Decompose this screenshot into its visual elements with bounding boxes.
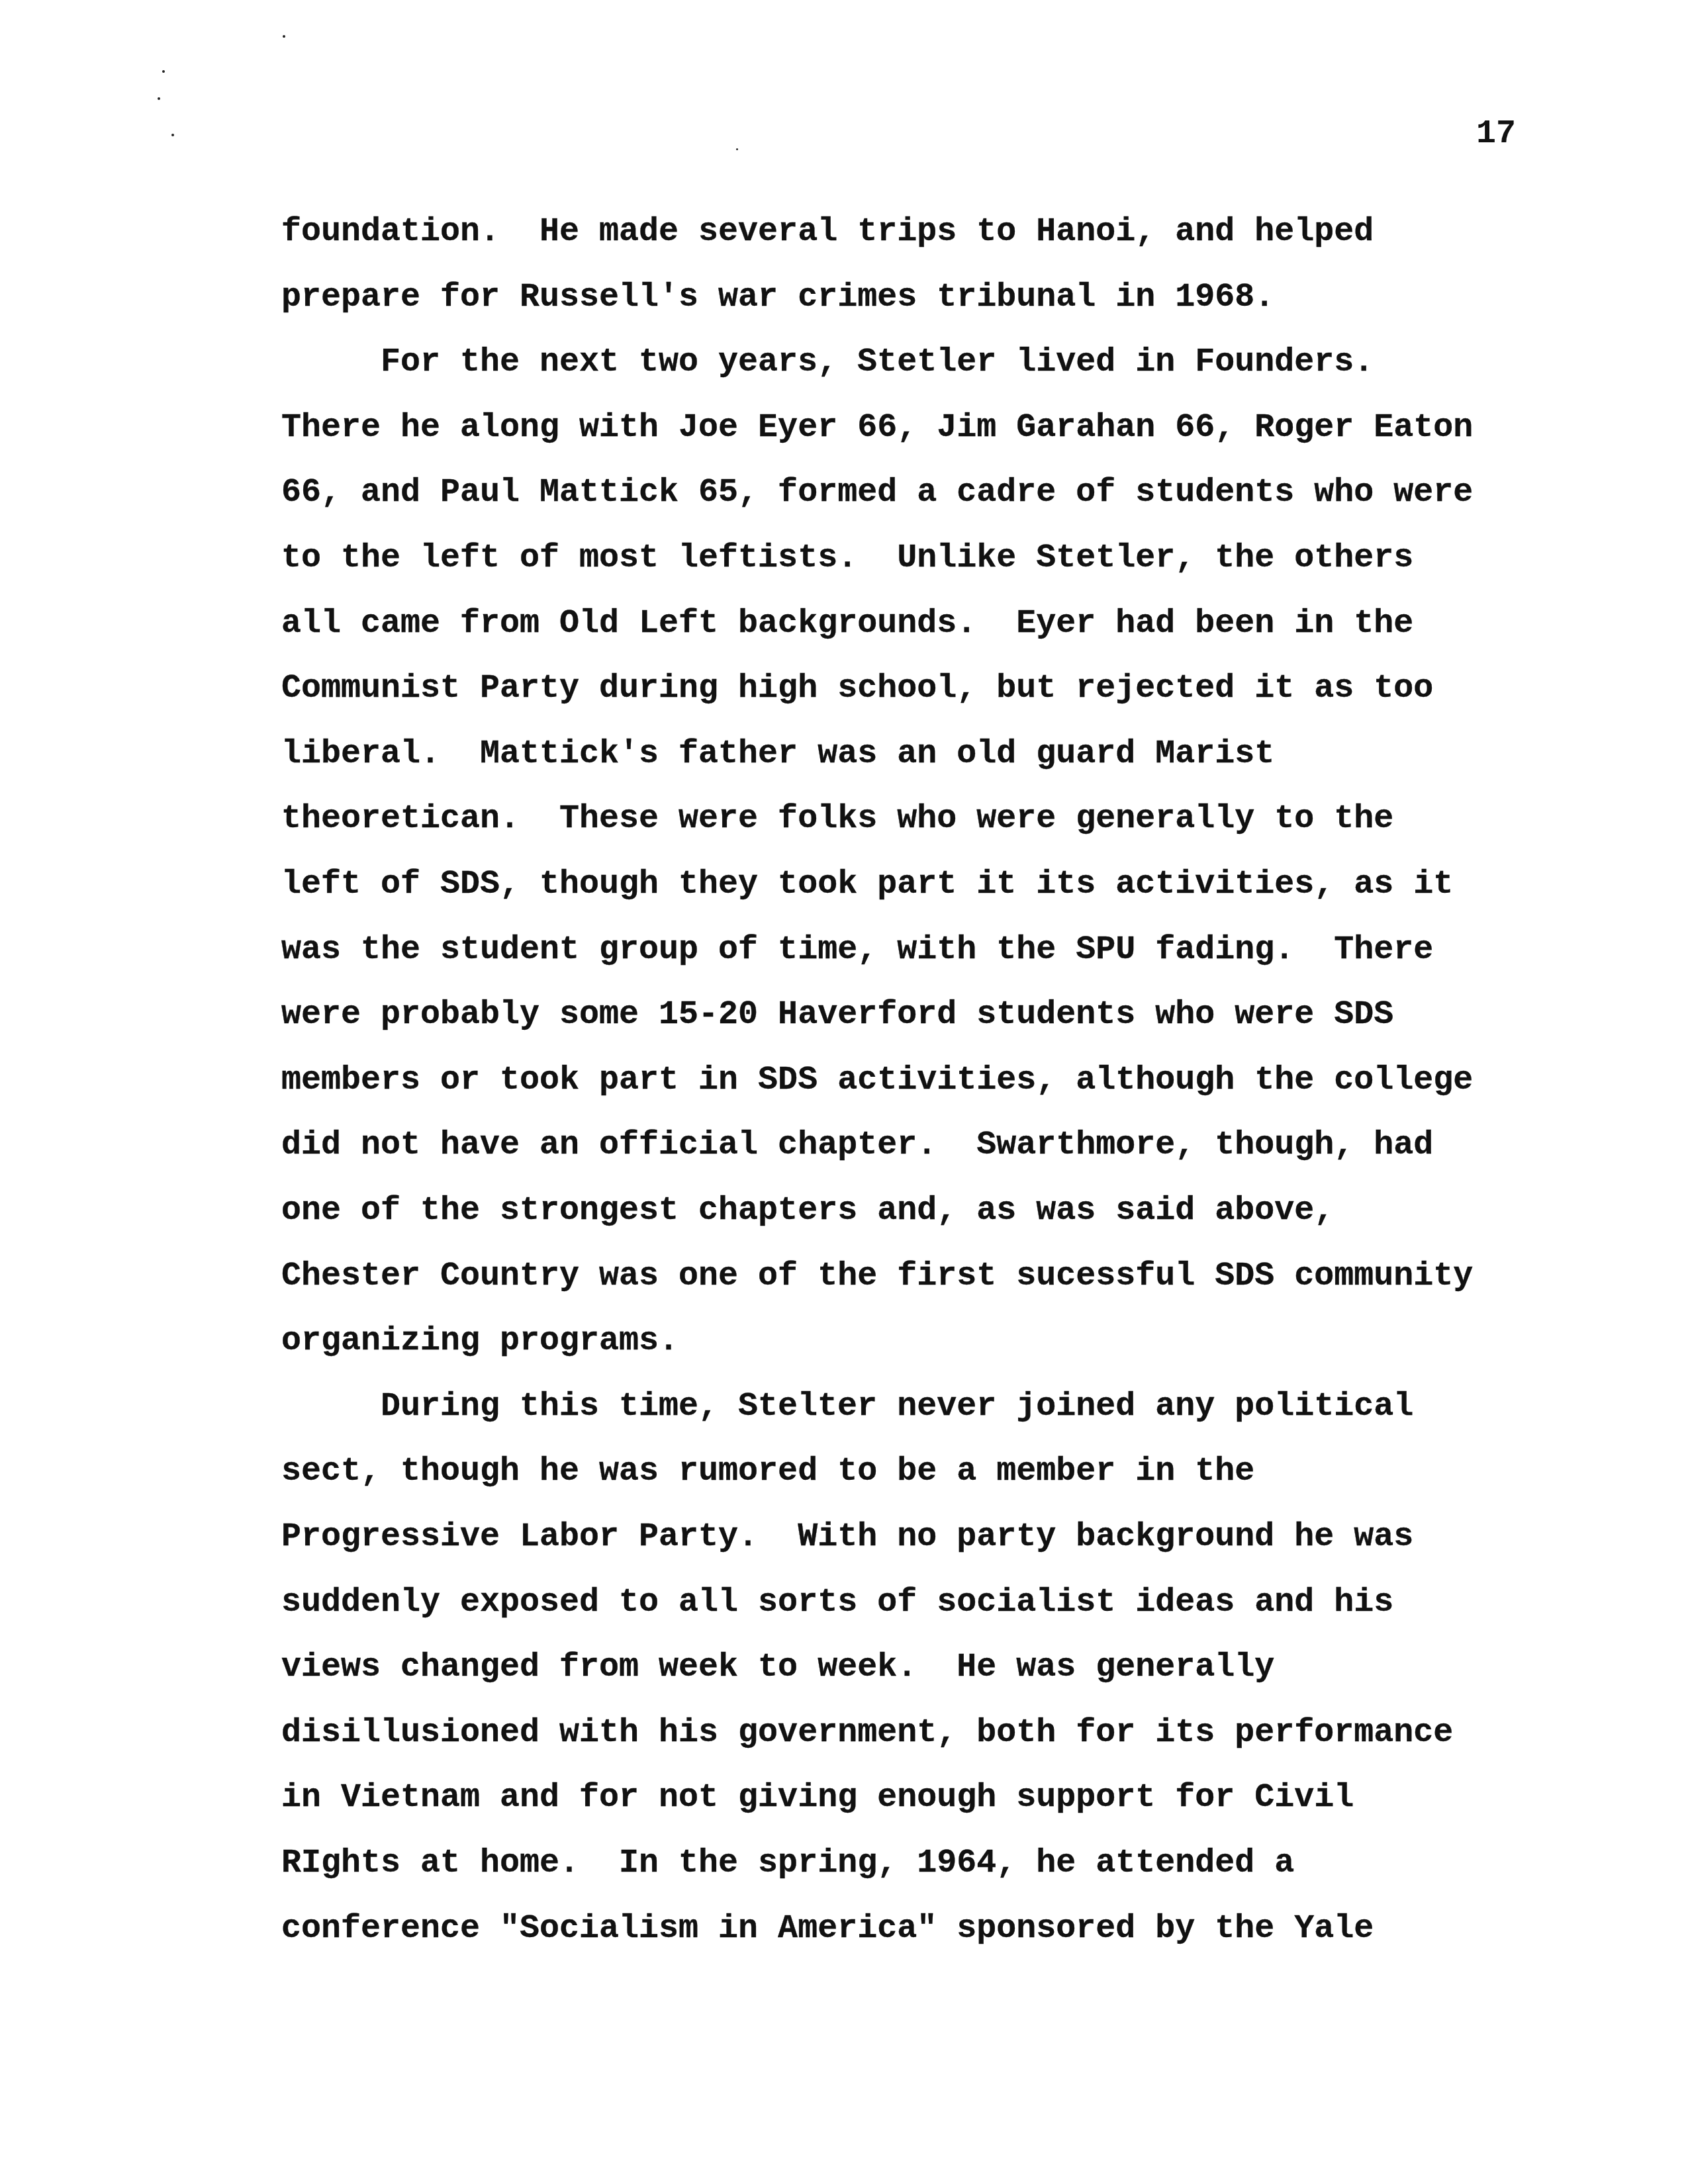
page-number: 17 [1476, 118, 1516, 151]
scan-speck [283, 35, 285, 38]
scan-speck [736, 148, 738, 150]
text-line: Communist Party during high school, but … [281, 672, 1433, 705]
document-page: 17 foundation. He made several trips to … [0, 0, 1688, 2184]
text-line: one of the strongest chapters and, as wa… [281, 1195, 1334, 1228]
text-line: members or took part in SDS activities, … [281, 1064, 1473, 1097]
text-line: suddenly exposed to all sorts of sociali… [281, 1586, 1393, 1619]
scan-speck [162, 70, 165, 73]
text-line: was the student group of time, with the … [281, 934, 1433, 967]
text-line: were probably some 15-20 Haverford stude… [281, 999, 1393, 1032]
text-line: Chester Country was one of the first suc… [281, 1260, 1473, 1293]
scan-speck [171, 134, 174, 136]
text-line: Progressive Labor Party. With no party b… [281, 1521, 1413, 1554]
text-line: theoretican. These were folks who were g… [281, 803, 1393, 836]
text-line: views changed from week to week. He was … [281, 1651, 1274, 1684]
scan-speck [158, 97, 160, 100]
text-line: all came from Old Left backgrounds. Eyer… [281, 608, 1413, 641]
text-line: in Vietnam and for not giving enough sup… [281, 1782, 1354, 1815]
text-line: foundation. He made several trips to Han… [281, 216, 1374, 249]
text-line: 66, and Paul Mattick 65, formed a cadre … [281, 477, 1473, 510]
paragraph-first-line: During this time, Stelter never joined a… [381, 1390, 1413, 1424]
text-line: to the left of most leftists. Unlike Ste… [281, 542, 1413, 575]
text-line: RIghts at home. In the spring, 1964, he … [281, 1847, 1294, 1880]
text-line: did not have an official chapter. Swarth… [281, 1129, 1433, 1162]
text-line: organizing programs. [281, 1325, 679, 1358]
text-line: prepare for Russell's war crimes tribuna… [281, 281, 1274, 314]
text-line: left of SDS, though they took part it it… [281, 868, 1453, 901]
paragraph-first-line: For the next two years, Stetler lived in… [381, 346, 1374, 379]
text-line: conference "Socialism in America" sponso… [281, 1913, 1374, 1946]
text-line: sect, though he was rumored to be a memb… [281, 1455, 1254, 1488]
text-line: disillusioned with his government, both … [281, 1717, 1453, 1750]
text-line: There he along with Joe Eyer 66, Jim Gar… [281, 412, 1473, 445]
text-line: liberal. Mattick's father was an old gua… [281, 738, 1274, 771]
